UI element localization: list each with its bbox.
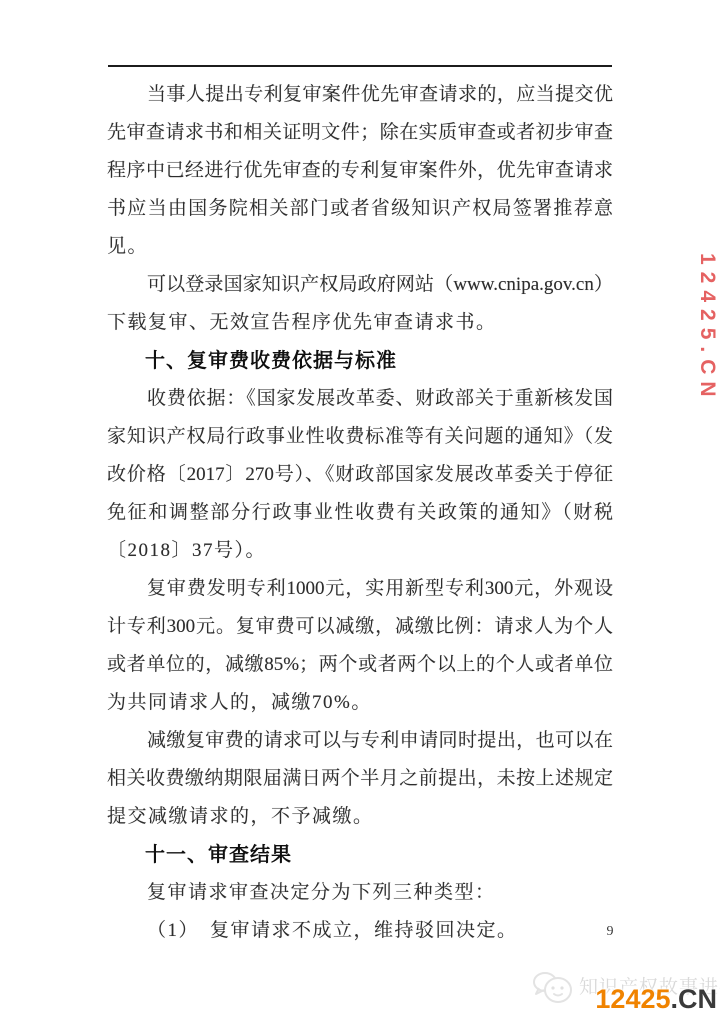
text-line: 先审查请求书和相关证明文件；除在实质审查或者初步审查 — [107, 114, 613, 152]
text-line: 下载复审、无效宣告程序优先审查请求书。 — [107, 304, 613, 342]
text-line: 改价格〔2017〕270号）、《财政部国家发展改革委关于停征 — [107, 456, 613, 494]
footer-logo: 知识产权故事进行时 12425.CN — [531, 960, 719, 1016]
header-rule — [108, 65, 612, 67]
text-line: 收费依据：《国家发展改革委、财政部关于重新核发国 — [107, 380, 613, 418]
site-url-logo: 12425.CN — [595, 984, 717, 1015]
text-line: 复审请求审查决定分为下列三种类型： — [107, 874, 613, 912]
section-heading: 十一、审查结果 — [107, 836, 613, 874]
text-line: 相关收费缴纳期限届满日两个半月之前提出，未按上述规定 — [107, 760, 613, 798]
text-line: 当事人提出专利复审案件优先审查请求的，应当提交优 — [107, 76, 613, 114]
text-line: 〔2018〕37号）。 — [107, 532, 613, 570]
panda-chat-icon — [531, 968, 575, 1008]
text-line: 提交减缴请求的，不予减缴。 — [107, 798, 613, 836]
document-body: 当事人提出专利复审案件优先审查请求的，应当提交优先审查请求书和相关证明文件；除在… — [107, 76, 613, 950]
text-line: 减缴复审费的请求可以与专利申请同时提出，也可以在 — [107, 722, 613, 760]
text-line: 家知识产权局行政事业性收费标准等有关问题的通知》（发 — [107, 418, 613, 456]
text-line: 计专利300元。复审费可以减缴，减缴比例：请求人为个人 — [107, 608, 613, 646]
site-name: 12425 — [595, 984, 670, 1014]
text-line: 程序中已经进行优先审查的专利复审案件外，优先审查请求 — [107, 152, 613, 190]
document-page: 当事人提出专利复审案件优先审查请求的，应当提交优先审查请求书和相关证明文件；除在… — [0, 0, 720, 1019]
text-line: 免征和调整部分行政事业性收费有关政策的通知》（财税 — [107, 494, 613, 532]
page-number: 9 — [598, 924, 622, 940]
text-line: （1） 复审请求不成立，维持驳回决定。 — [107, 912, 613, 950]
text-line: 可以登录国家知识产权局政府网站（www.cnipa.gov.cn） — [107, 266, 613, 304]
text-line: 或者单位的，减缴85%；两个或者两个以上的个人或者单位 — [107, 646, 613, 684]
text-line: 为共同请求人的，减缴70%。 — [107, 684, 613, 722]
section-heading: 十、复审费收费依据与标准 — [107, 342, 613, 380]
text-line: 复审费发明专利1000元，实用新型专利300元，外观设 — [107, 570, 613, 608]
text-line: 见。 — [107, 228, 613, 266]
site-tld: .CN — [671, 984, 718, 1014]
text-line: 书应当由国务院相关部门或者省级知识产权局签署推荐意 — [107, 190, 613, 228]
side-watermark: 12425.CN — [695, 253, 719, 404]
